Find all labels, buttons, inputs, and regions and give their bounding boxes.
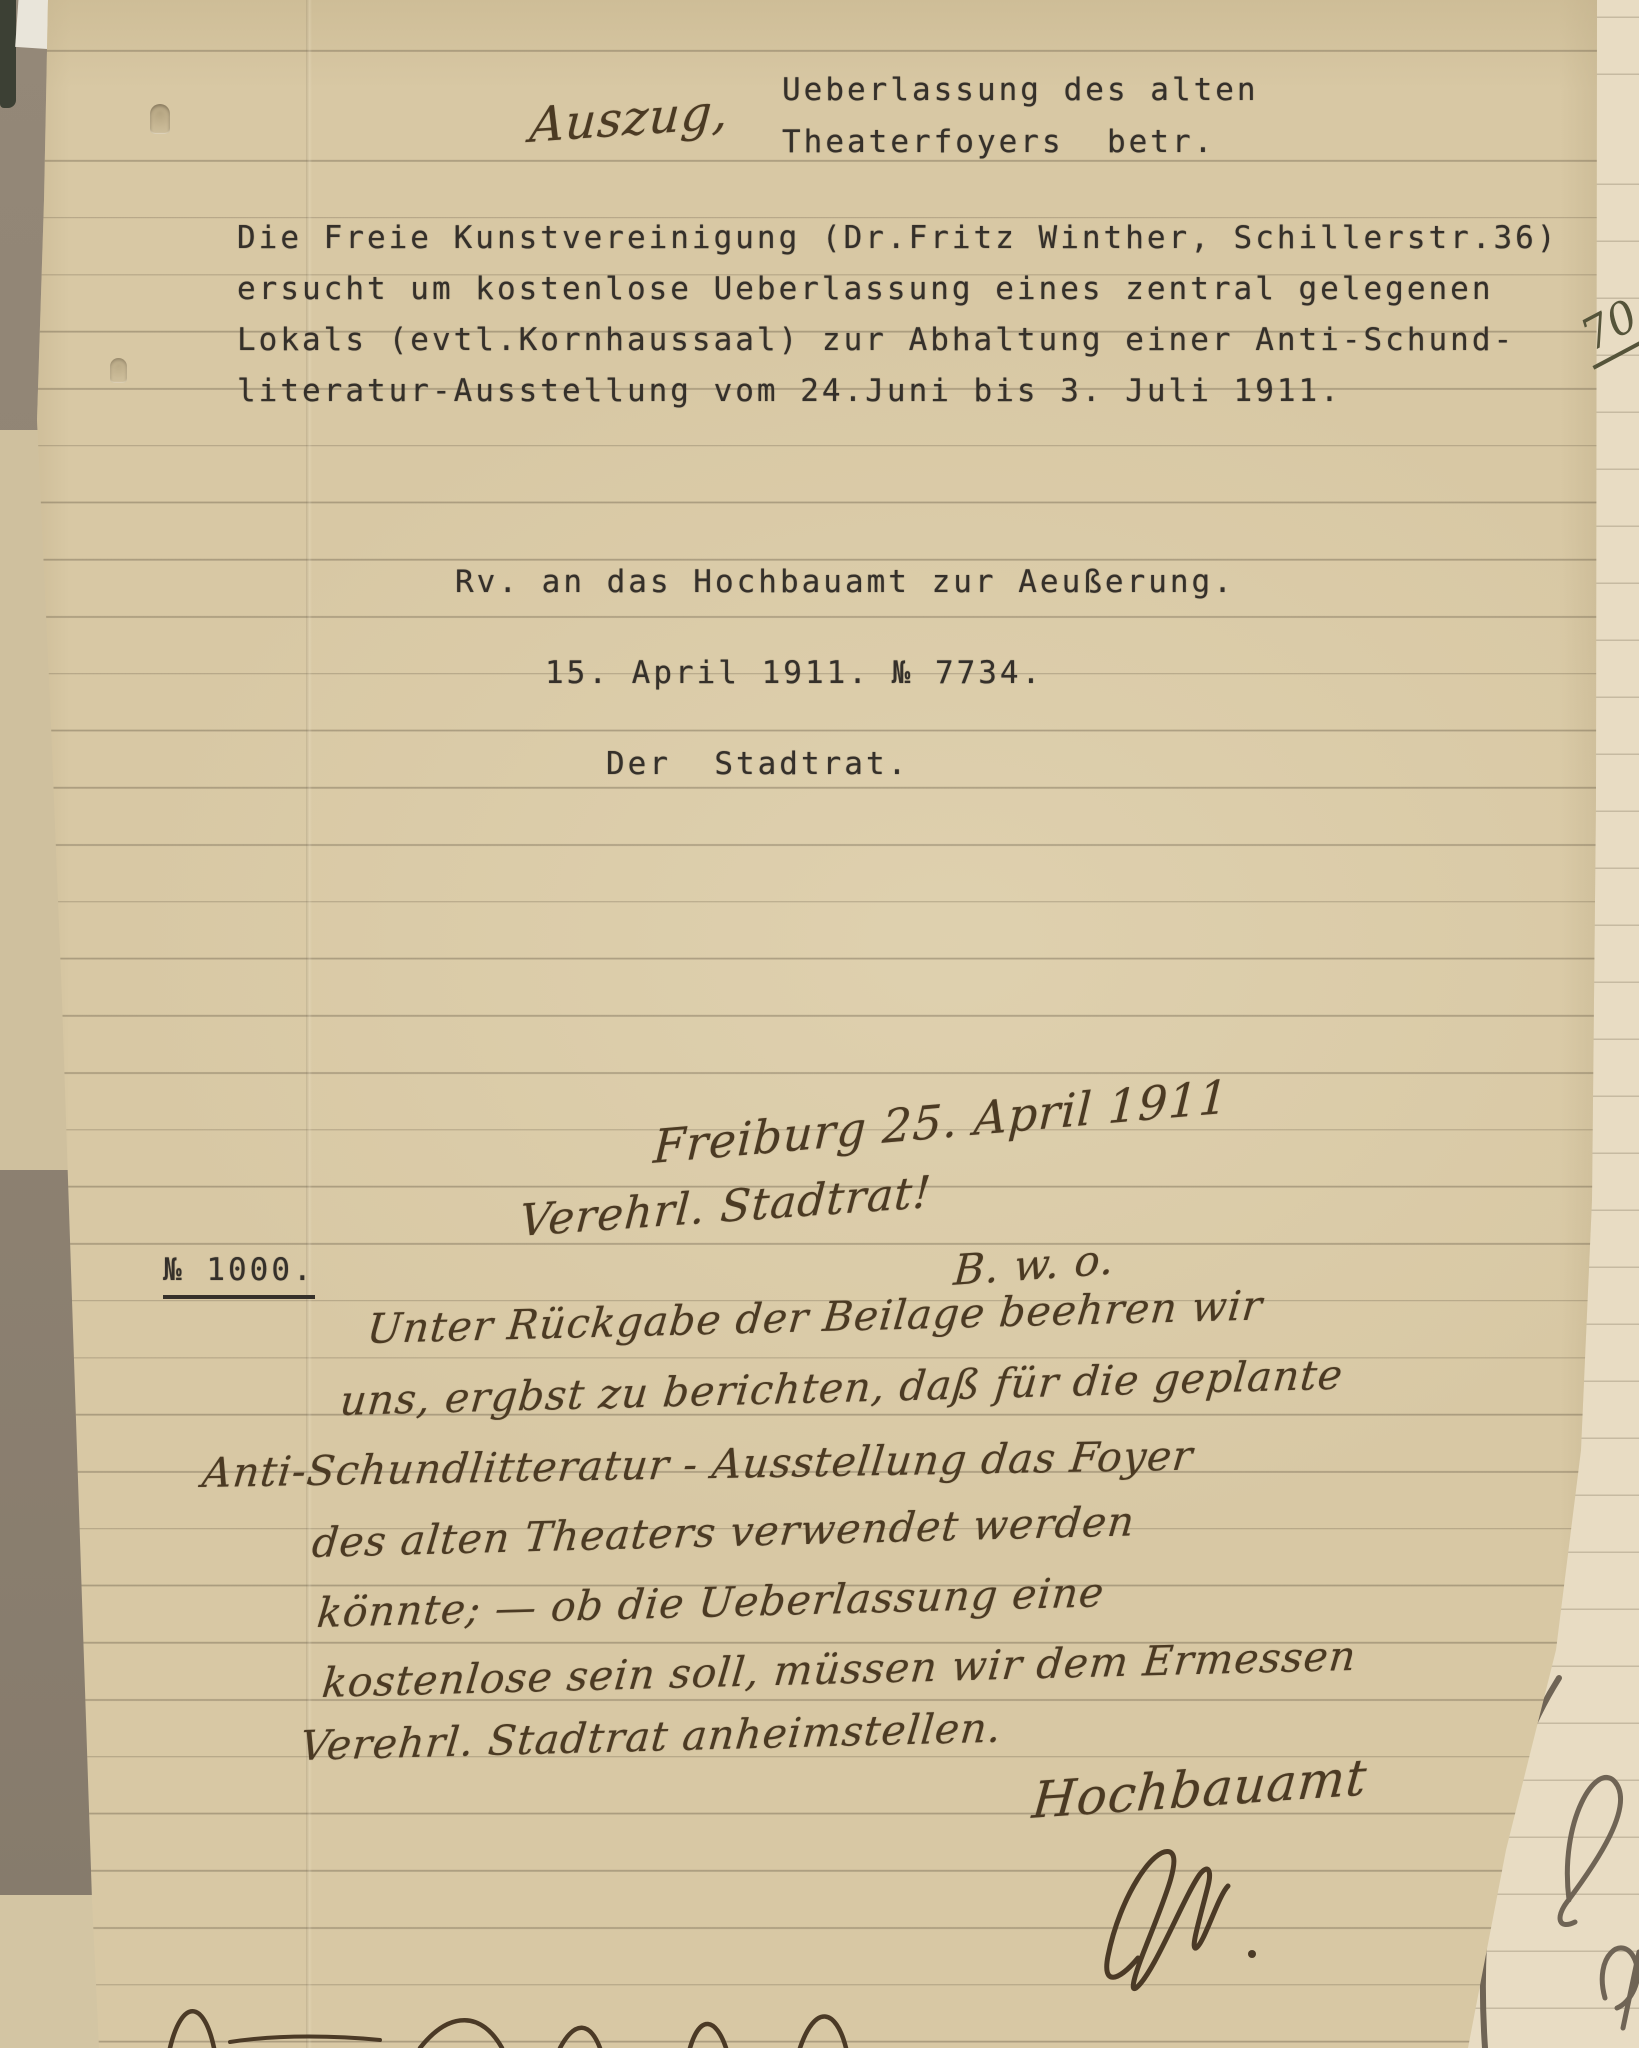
cut-off-handwriting [120,1980,940,2048]
reply-closing: Hochbauamt [1030,1748,1370,1830]
binder-edge [0,0,16,108]
document-page: Ueberlassung des alten Theaterfoyers bet… [0,0,1639,2048]
abstract-line: Lokals (evtl.Kornhaussaal) zur Abhaltung… [237,322,1515,358]
reply-body-line: Verehrl. Stadtrat anheimstellen. [298,1703,1004,1770]
date-number-line: 15. April 1911. № 7734. [545,655,1043,691]
punch-hole [110,358,127,383]
reply-body-line: Anti-Schundlitteratur - Ausstellung das … [200,1432,1196,1497]
archival-scan: Ueberlassung des alten Theaterfoyers bet… [0,0,1639,2048]
punch-hole [150,104,170,134]
signature-initial [1080,1830,1300,1990]
paper-scrap [15,0,51,49]
reply-body-line: des alten Theaters verwendet werden [310,1497,1137,1567]
subject-line-2: Theaterfoyers betr. [782,124,1215,160]
reply-body-line: könnte; — ob die Ueberlassung eine [315,1568,1107,1637]
reply-place-date: Freiburg 25. April 1911 [652,1069,1230,1174]
reference-number: № 1000. [163,1252,315,1288]
forwarding-note: Rv. an das Hochbauamt zur Aeußerung. [455,564,1235,600]
issuer-line: Der Stadtrat. [606,746,909,782]
underlying-sheet-left-bottom [0,1895,100,2048]
abstract-line: literatur-Ausstellung vom 24.Juni bis 3.… [237,373,1342,409]
abstract-line: ersucht um kostenlose Ueberlassung eines… [237,271,1494,307]
torn-edge-fleck [52,1180,59,1202]
reply-body-line: uns, ergbst zu berichten, daß für die ge… [338,1351,1345,1425]
reply-body-line: kostenlose sein soll, müssen wir dem Erm… [320,1632,1359,1707]
reply-body-line: Unter Rückgabe der Beilage beehren wir [365,1281,1265,1353]
handwritten-annotation: Auszug, [528,84,731,154]
reply-salutation: Verehrl. Stadtrat! [518,1167,933,1247]
abstract-line: Die Freie Kunstvereinigung (Dr.Fritz Win… [237,220,1558,256]
subject-line-1: Ueberlassung des alten [782,72,1259,108]
